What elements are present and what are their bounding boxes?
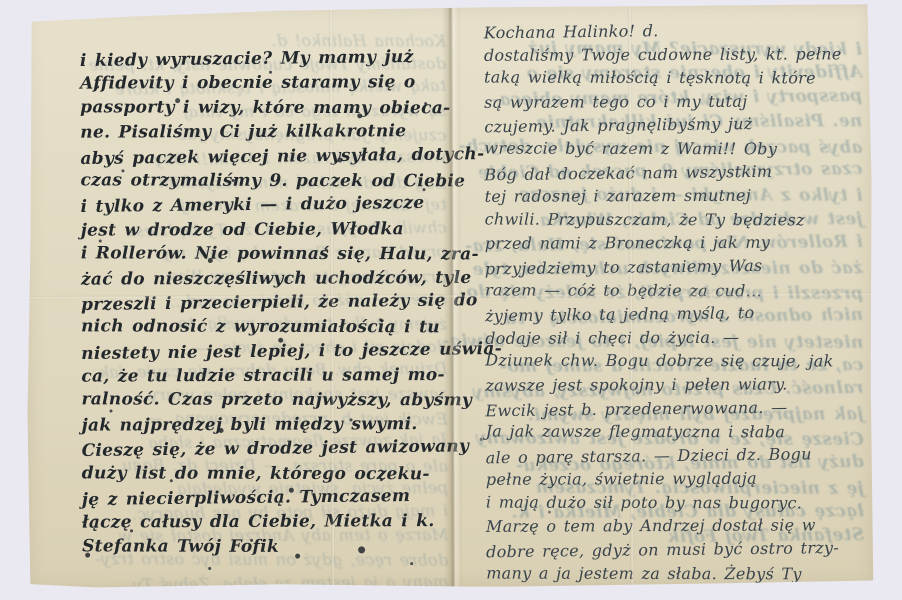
handwritten-line: ale o parę starsza. — Dzieci dz. Bogu: [486, 443, 862, 471]
handwritten-line: czujemy. Jak pragnęlibyśmy już: [484, 113, 860, 141]
ink-specks: [26, 8, 29, 11]
handwritten-line: jest w drodze od Ciebie, Włodka: [81, 219, 443, 245]
handwritten-line: Kochana Halinko! d.: [484, 19, 860, 47]
center-fold: [442, 6, 463, 587]
handwritten-line: i tylko z Ameryki — i dużo jeszcze: [80, 193, 442, 222]
handwritten-line: Ja jak zawsze flegmatyczna i słaba: [486, 422, 862, 447]
letter-page-left: i kiedy wyruszacie? My mamy jużAffidevit…: [80, 48, 444, 562]
handwritten-line: passporty i wizy, które mamy obieca-: [80, 97, 442, 122]
handwritten-line: nich odnosić z wyrozumiałością i tu: [81, 317, 443, 342]
handwritten-line: Marzę o tem aby Andrzej dostał się w: [486, 516, 862, 541]
handwritten-line: many a ja jestem za słaba. Żebyś Ty: [78, 571, 448, 599]
handwritten-line: czas otrzymaliśmy 9. paczek od Ciebie: [80, 170, 442, 195]
handwritten-line: Affidevity i obecnie staramy się o: [80, 72, 442, 98]
handwritten-line: ne. Pisaliśmy Ci już kilkakrotnie: [80, 121, 442, 147]
handwritten-line: przeszli i przecierpieli, że należy się …: [81, 291, 443, 320]
handwritten-line: Dziunek chw. Bogu dobrze się czuje, jak: [485, 351, 861, 376]
handwritten-line: ję z niecierpliwością. Tymczasem: [82, 486, 444, 515]
handwritten-line: Stefanka Twój Fofik: [82, 536, 444, 561]
handwritten-line: Bóg dał doczekać nam wszystkim: [484, 160, 860, 188]
handwritten-line: tej radosnej i zarazem smutnej: [485, 185, 861, 210]
handwritten-line: jak najprędzej byli między swymi.: [82, 414, 444, 440]
handwritten-line: many a ja jestem za słaba. Żebyś Ty: [486, 563, 862, 588]
handwritten-line: niestety nie jest lepiej, i to jeszcze u…: [81, 339, 443, 368]
letter-paper: Kochana Halinko! d.dostaliśmy Twoje cudo…: [26, 4, 874, 589]
handwritten-line: duży list do mnie, którego oczeku-: [82, 463, 444, 488]
handwritten-line: abyś paczek więcej nie wysyłała, dotych-: [80, 144, 442, 173]
handwritten-line: pełne życia, świetnie wyglądają: [486, 468, 862, 493]
handwritten-line: dodaje sił i chęci do życia. —: [485, 327, 861, 352]
handwritten-line: Cieszę się, że w drodze jest awizowany: [82, 437, 444, 466]
handwritten-line: przyjedziemy to zastaniemy Was: [485, 255, 861, 283]
handwritten-line: razem — cóż to będzie za cud...: [485, 280, 861, 305]
handwritten-line: dobre ręce, gdyż on musi być ostro trzy-: [486, 538, 862, 566]
handwritten-line: żyjemy tylko tą jedną myślą, to: [485, 302, 861, 330]
handwritten-line: i kiedy wyruszacie? My mamy już: [80, 47, 442, 76]
handwritten-line: dostaliśmy Twoje cudowne listy, kt. pełn…: [484, 44, 860, 69]
handwritten-line: i mają dużo sił poto by nas bugoryc.: [486, 492, 862, 517]
handwritten-line: łączę całusy dla Ciebie, Mietka i k.: [82, 511, 444, 537]
handwritten-line: ralność. Czas przeto najwyższy, abyśmy: [81, 390, 443, 415]
handwritten-line: zawsze jest spokojny i pełen wiary.: [485, 374, 861, 399]
handwritten-line: żać do nieszczęśliwych uchodźców, tyle: [81, 268, 443, 294]
handwritten-line: Ewcik jest b. przedenerwowana. —: [485, 396, 861, 424]
letter-page-right: Kochana Halinko! d.dostaliśmy Twoje cudo…: [484, 20, 862, 588]
handwritten-line: i Rollerów. Nie powinnaś się, Halu, zra-: [81, 243, 443, 268]
handwritten-line: przed nami z Broneczką i jak my: [485, 233, 861, 258]
letter-scan: Kochana Halinko! d.dostaliśmy Twoje cudo…: [0, 0, 902, 600]
handwritten-line: wreszcie być razem z Wami!! Oby: [484, 139, 860, 164]
handwritten-line: ca, że tu ludzie stracili u samej mo-: [81, 365, 443, 391]
handwritten-line: chwili. Przypuszczam, że Ty będziesz: [485, 209, 861, 234]
handwritten-line: taką wielką miłością i tęsknotą i które: [484, 68, 860, 93]
